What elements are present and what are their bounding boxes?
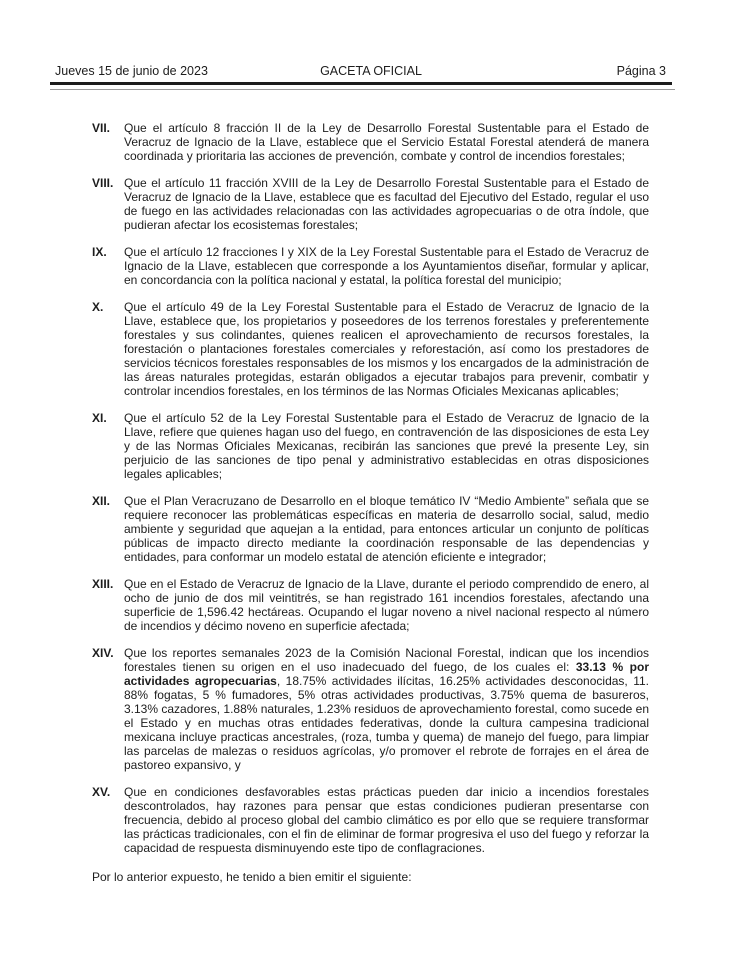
- paragraph-item-x: X.Que el artículo 49 de la Ley Forestal …: [92, 300, 649, 398]
- paragraph-numeral: XI.: [92, 411, 124, 481]
- header-rule-thin: [50, 89, 675, 90]
- paragraph-text: Que el artículo 11 fracción XVIII de la …: [124, 176, 649, 232]
- paragraph-numeral: XII.: [92, 494, 124, 564]
- paragraph-list: VII.Que el artículo 8 fracción II de la …: [92, 121, 649, 855]
- document-body: VII.Que el artículo 8 fracción II de la …: [92, 121, 649, 884]
- paragraph-item-viii: VIII.Que el artículo 11 fracción XVIII d…: [92, 176, 649, 232]
- paragraph-numeral: X.: [92, 300, 124, 398]
- header-page-number: Página 3: [617, 64, 666, 78]
- paragraph-item-ix: IX.Que el artículo 12 fracciones I y XIX…: [92, 245, 649, 287]
- paragraph-item-xiii: XIII.Que en el Estado de Veracruz de Ign…: [92, 577, 649, 633]
- closing-paragraph: Por lo anterior expuesto, he tenido a bi…: [92, 870, 649, 884]
- paragraph-numeral: IX.: [92, 245, 124, 287]
- paragraph-numeral: VII.: [92, 121, 124, 163]
- paragraph-text: Que en condiciones desfavorables estas p…: [124, 785, 649, 855]
- paragraph-text: Que los reportes semanales 2023 de la Co…: [124, 646, 649, 772]
- paragraph-numeral: XV.: [92, 785, 124, 855]
- paragraph-item-xi: XI.Que el artículo 52 de la Ley Forestal…: [92, 411, 649, 481]
- paragraph-item-xv: XV.Que en condiciones desfavorables esta…: [92, 785, 649, 855]
- paragraph-item-xii: XII.Que el Plan Veracruzano de Desarroll…: [92, 494, 649, 564]
- paragraph-text: Que el artículo 52 de la Ley Forestal Su…: [124, 411, 649, 481]
- paragraph-text: Que el artículo 49 de la Ley Forestal Su…: [124, 300, 649, 398]
- paragraph-text: Que el Plan Veracruzano de Desarrollo en…: [124, 494, 649, 564]
- paragraph-numeral: VIII.: [92, 176, 124, 232]
- header-rule-thick: [50, 82, 672, 85]
- page-header: Jueves 15 de junio de 2023 GACETA OFICIA…: [0, 64, 742, 79]
- paragraph-numeral: XIII.: [92, 577, 124, 633]
- paragraph-item-xiv: XIV.Que los reportes semanales 2023 de l…: [92, 646, 649, 772]
- gazette-page: Jueves 15 de junio de 2023 GACETA OFICIA…: [0, 0, 742, 960]
- paragraph-text: Que en el Estado de Veracruz de Ignacio …: [124, 577, 649, 633]
- paragraph-text: Que el artículo 8 fracción II de la Ley …: [124, 121, 649, 163]
- paragraph-text: Que el artículo 12 fracciones I y XIX de…: [124, 245, 649, 287]
- paragraph-numeral: XIV.: [92, 646, 124, 772]
- paragraph-item-vii: VII.Que el artículo 8 fracción II de la …: [92, 121, 649, 163]
